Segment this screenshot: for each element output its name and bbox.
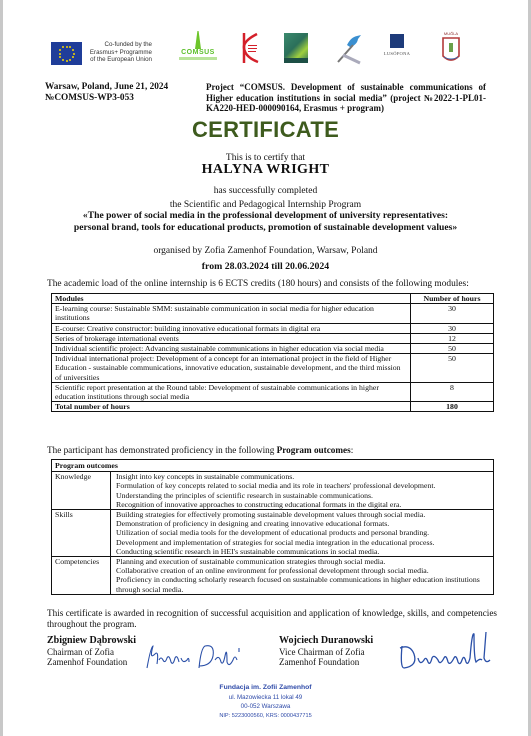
stamp-line: Fundacja im. Zofii Zamenhof [3, 683, 528, 693]
outcome-item: Insight into key concepts in sustainable… [114, 472, 490, 481]
module-name: Individual international project: Develo… [52, 354, 411, 383]
program-title-line: «The power of social media in the profes… [3, 210, 528, 222]
outcome-item: Planning and execution of sustainable co… [114, 557, 490, 566]
eu-star-icon [72, 56, 74, 58]
module-hours: 50 [411, 344, 494, 354]
program-title: «The power of social media in the profes… [3, 210, 528, 234]
foundation-stamp: Fundacja im. Zofii Zamenhof ul. Mazowiec… [3, 683, 528, 721]
eu-cofunded-text: Co-funded by the Erasmus+ Programme of t… [86, 41, 152, 64]
outcome-items: Insight into key concepts in sustainable… [111, 472, 494, 510]
eu-star-icon [59, 49, 61, 51]
table-row: Individual scientific project: Advancing… [52, 344, 494, 354]
module-name: E-course: Creative constructor: building… [52, 323, 411, 333]
eu-star-icon [62, 59, 64, 61]
comsus-tagline [179, 57, 217, 60]
eu-star-icon [59, 53, 61, 55]
mugla-crest-icon: MUĞLA [440, 30, 462, 66]
outcome-row: SkillsBuilding strategies for effectivel… [52, 510, 494, 557]
comsus-logo: COMSUS [175, 31, 221, 60]
outcome-item: Building strategies for effectively prom… [114, 510, 490, 519]
outcome-item: Understanding the principles of scientif… [114, 491, 490, 500]
module-name: Individual scientific project: Advancing… [52, 344, 411, 354]
program-title-line: personal brand, tools for educational pr… [3, 222, 528, 234]
completed-line: has successfully completed [3, 186, 528, 196]
outcomes-intro-bold: Program outcomes [277, 445, 351, 455]
column-header-modules: Modules [52, 294, 411, 304]
certificate-number: №COMSUS-WP3-053 [45, 93, 168, 104]
outcome-category: Competencies [52, 557, 111, 595]
academic-load-statement: The academic load of the online internsh… [47, 279, 497, 289]
lusofona-logo-icon [390, 34, 404, 48]
signatory-vice-chairman: Wojciech Duranowski Vice Chairman of Zof… [279, 636, 373, 668]
svg-text:MUĞLA: MUĞLA [444, 31, 459, 36]
outcomes-table: Program outcomes KnowledgeInsight into k… [51, 459, 494, 595]
module-hours: 30 [411, 304, 494, 323]
signatory-role: Zamenhof Foundation [279, 657, 373, 668]
signatory-role: Vice Chairman of Zofia [279, 647, 373, 658]
nbs-logo-icon [239, 31, 261, 65]
comsus-name: COMSUS [175, 49, 221, 56]
outcome-item: Demonstration of proficiency in designin… [114, 519, 490, 528]
eu-flag-icon [51, 42, 82, 65]
recipient-name: HALYNA WRIGHT [3, 162, 528, 178]
outcome-items: Building strategies for effectively prom… [111, 510, 494, 557]
outcomes-intro: The participant has demonstrated profici… [47, 445, 353, 455]
eu-star-icon [66, 60, 68, 62]
lusofona-name: LUSÓFONA [381, 51, 413, 56]
table-row: Individual international project: Develo… [52, 354, 494, 383]
closing-statement: This certificate is awarded in recogniti… [47, 608, 497, 630]
outcome-item: Development and implementation of strate… [114, 538, 490, 547]
eu-star-icon [66, 46, 68, 48]
total-row: Total number of hours180 [52, 402, 494, 412]
table-row: Scientific report presentation at the Ro… [52, 382, 494, 401]
comsus-tower-icon [195, 31, 201, 49]
eu-text-line: Erasmus+ Programme [86, 49, 152, 57]
signatory-chairman: Zbigniew Dąbrowski Chairman of Zofia Zam… [47, 636, 136, 668]
module-name: Scientific report presentation at the Ro… [52, 382, 411, 401]
outcomes-header-row: Program outcomes [52, 460, 494, 472]
eu-star-icon [62, 46, 64, 48]
eu-star-icon [73, 53, 75, 55]
module-name: E-learning course: Sustainable SMM: sust… [52, 304, 411, 323]
partner-logos: Co-funded by the Erasmus+ Programme of t… [3, 28, 528, 68]
eu-star-icon [69, 59, 71, 61]
outcome-item: Conducting scientific research in HEI's … [114, 547, 490, 556]
internship-period: from 28.03.2024 till 20.06.2024 [3, 261, 528, 272]
chairman-signature-icon [143, 640, 243, 674]
outcomes-intro-end: : [351, 445, 354, 455]
outcome-category: Skills [52, 510, 111, 557]
outcome-items: Planning and execution of sustainable co… [111, 557, 494, 595]
bird-logo-icon [335, 33, 363, 65]
leaf-logo-icon [284, 33, 308, 63]
total-label: Total number of hours [52, 402, 411, 412]
table-header-row: Modules Number of hours [52, 294, 494, 304]
table-row: Series of brokerage international events… [52, 333, 494, 343]
signatory-name: Zbigniew Dąbrowski [47, 636, 136, 647]
eu-text-line: Co-funded by the [86, 41, 152, 49]
table-row: E-learning course: Sustainable SMM: sust… [52, 304, 494, 323]
signatory-role: Chairman of Zofia [47, 647, 136, 658]
certificate-title: CERTIFICATE [3, 117, 528, 143]
outcome-category: Knowledge [52, 472, 111, 510]
project-info: Project “COMSUS. Development of sustaina… [206, 82, 486, 114]
column-header-hours: Number of hours [411, 294, 494, 304]
organiser-line: organised by Zofia Zamenhof Foundation, … [3, 246, 528, 256]
module-name: Series of brokerage international events [52, 333, 411, 343]
outcome-item: Formulation of key concepts related to s… [114, 481, 490, 490]
stamp-line: 00-052 Warszawa [3, 702, 528, 712]
outcome-row: CompetenciesPlanning and execution of su… [52, 557, 494, 595]
place-date: Warsaw, Poland, June 21, 2024 [45, 82, 168, 93]
outcome-item: Proficiency in conducting scholarly rese… [114, 575, 490, 593]
module-hours: 8 [411, 382, 494, 401]
signatory-role: Zamenhof Foundation [47, 657, 136, 668]
certificate-page: Co-funded by the Erasmus+ Programme of t… [3, 0, 528, 736]
modules-table: Modules Number of hours E-learning cours… [51, 293, 494, 412]
outcome-item: Utilization of social media tools for th… [114, 528, 490, 537]
stamp-line: NIP: 5223000560, KRS: 0000437715 [3, 712, 528, 722]
lusofona-logo: LUSÓFONA [381, 34, 413, 64]
outcome-row: KnowledgeInsight into key concepts in su… [52, 472, 494, 510]
outcomes-header: Program outcomes [52, 460, 494, 472]
table-row: E-course: Creative constructor: building… [52, 323, 494, 333]
stamp-line: ul. Mazowiecka 11 lokal 49 [3, 693, 528, 703]
outcomes-intro-text: The participant has demonstrated profici… [47, 445, 277, 455]
module-hours: 30 [411, 323, 494, 333]
eu-star-icon [69, 46, 71, 48]
issue-info: Warsaw, Poland, June 21, 2024 №COMSUS-WP… [45, 82, 168, 103]
module-hours: 12 [411, 333, 494, 343]
eu-text-line: of the European Union [86, 56, 152, 64]
total-hours: 180 [411, 402, 494, 412]
program-name: the Scientific and Pedagogical Internshi… [3, 200, 528, 210]
vice-chairman-signature-icon [396, 628, 494, 676]
outcome-item: Collaborative creation of an online envi… [114, 566, 490, 575]
eu-star-icon [72, 49, 74, 51]
module-hours: 50 [411, 354, 494, 383]
outcome-item: Recognition of innovative approaches to … [114, 500, 490, 509]
signatory-name: Wojciech Duranowski [279, 636, 373, 647]
eu-star-icon [59, 56, 61, 58]
